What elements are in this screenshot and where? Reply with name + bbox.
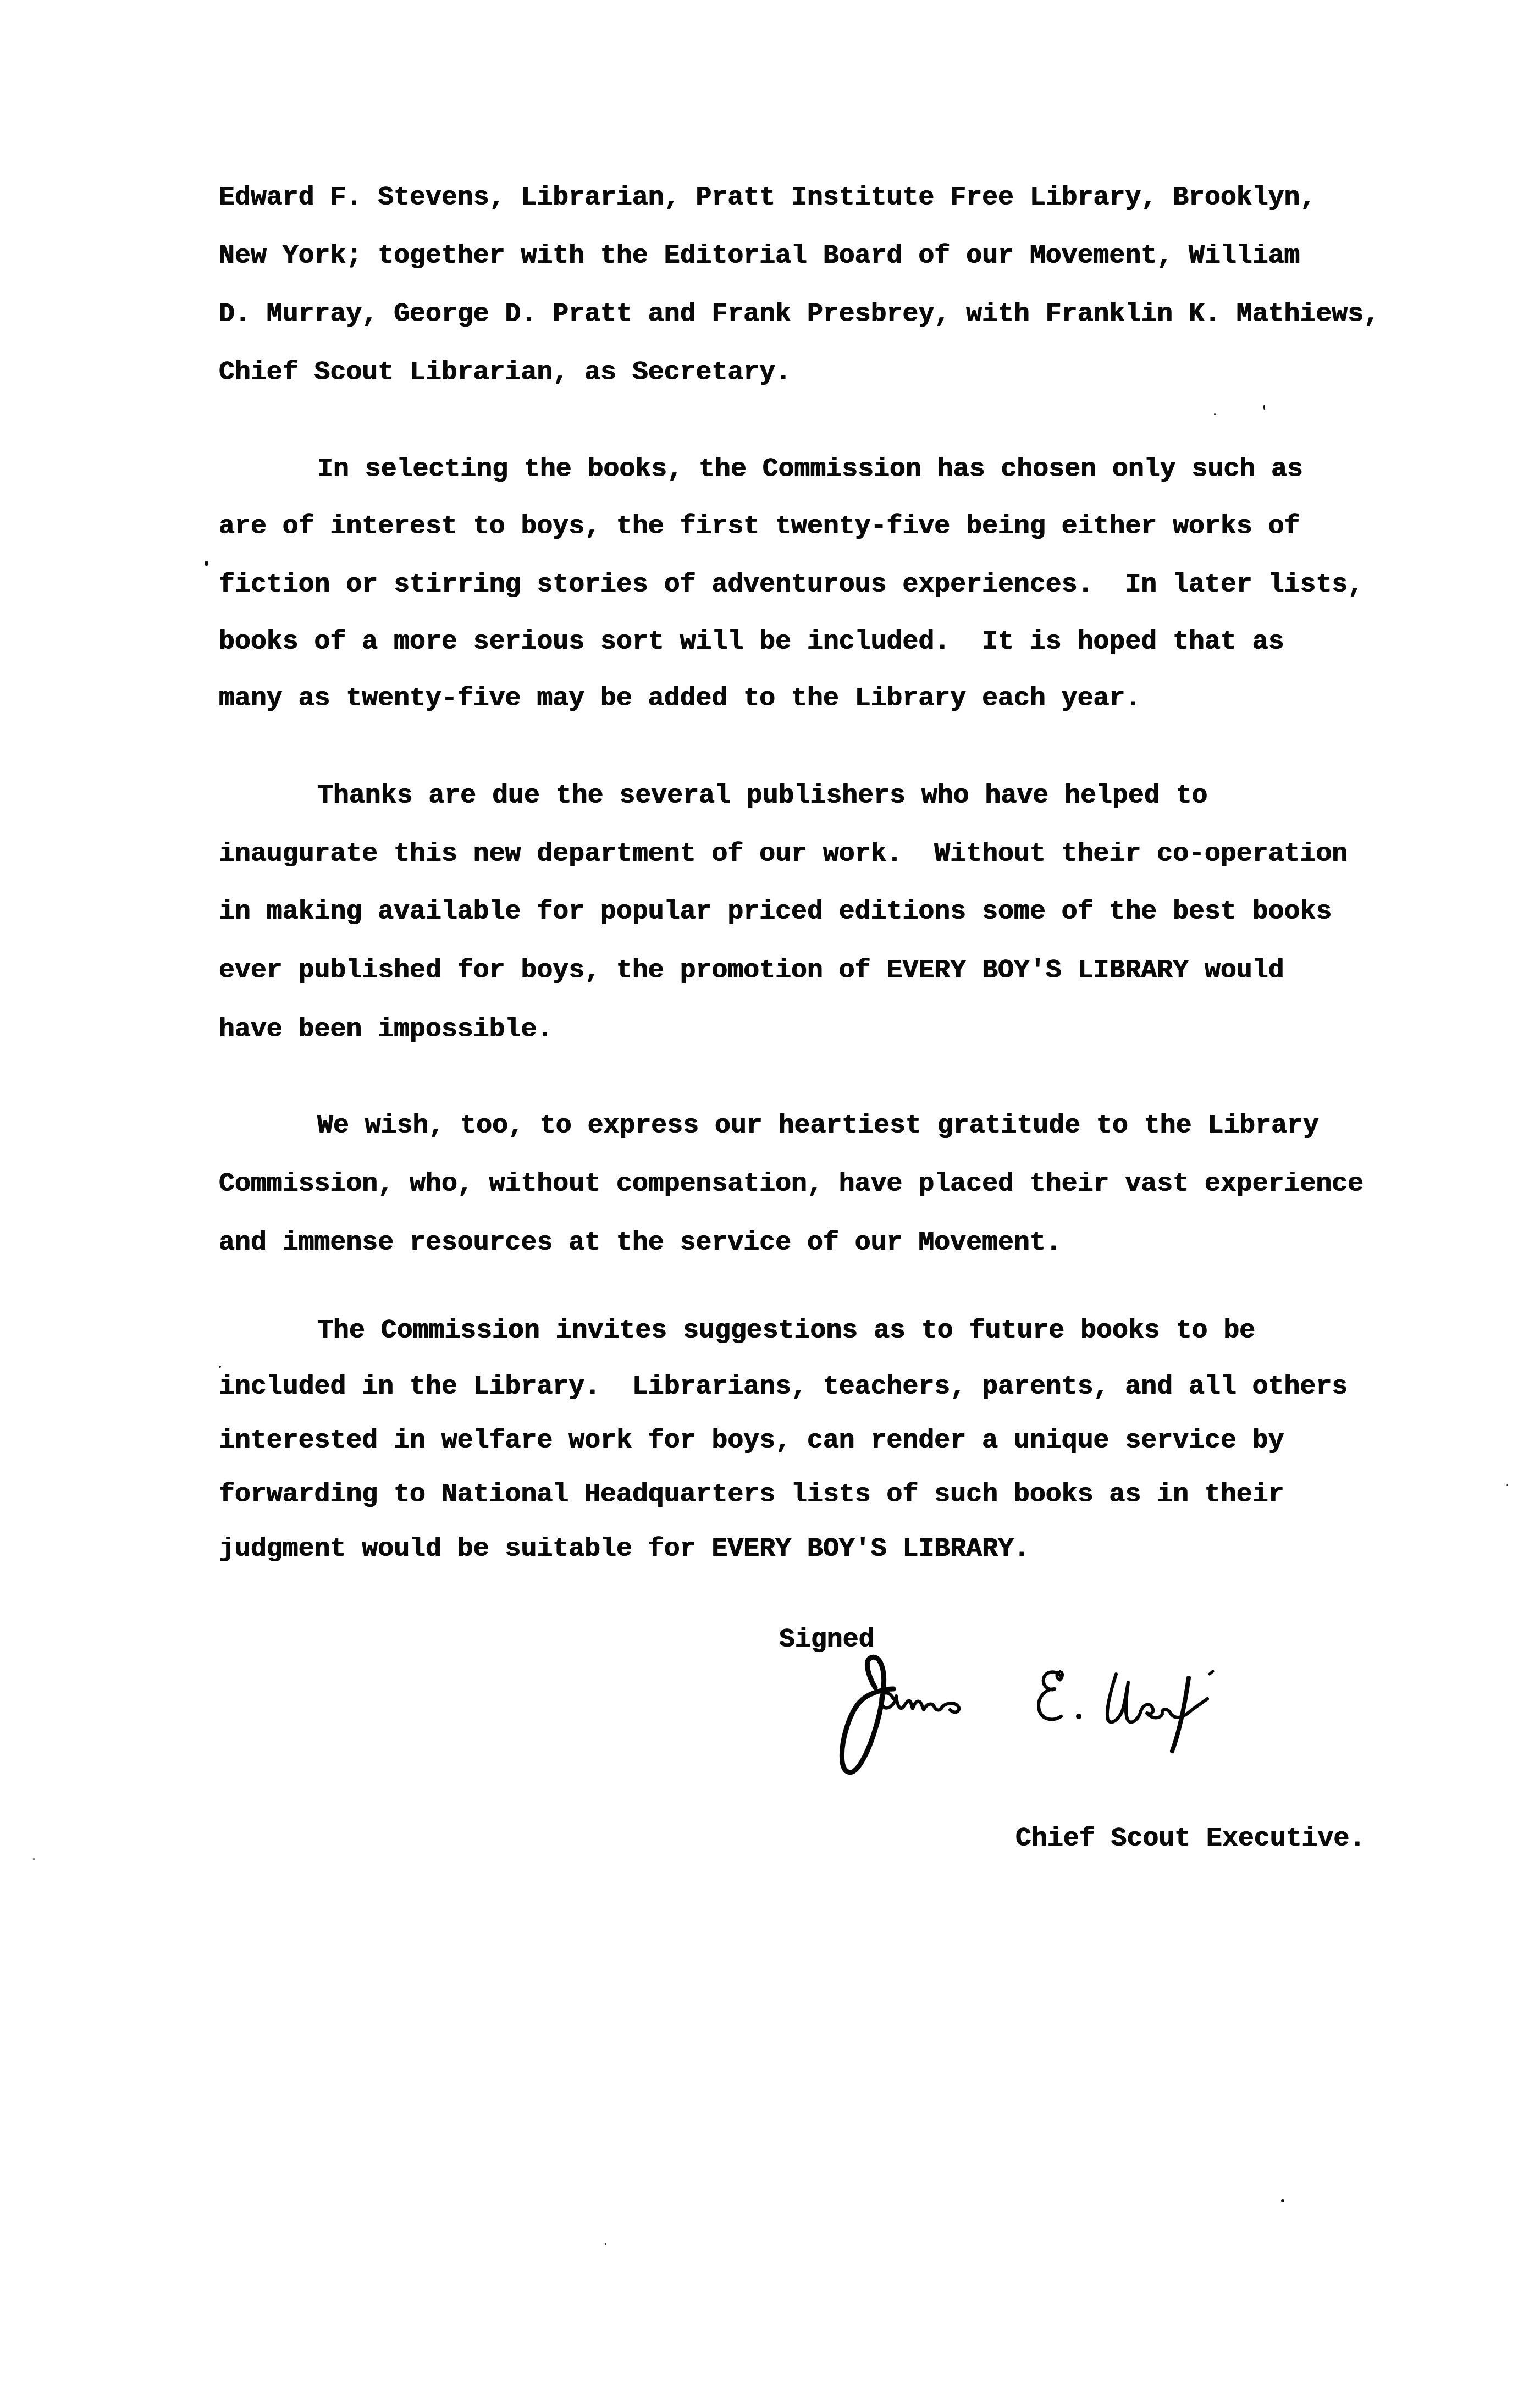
scan-speck [1214,413,1216,415]
signer-title: Chief Scout Executive. [1015,1826,1365,1852]
signed-label: Signed [779,1627,875,1653]
text-line: included in the Library. Librarians, tea… [219,1374,1348,1400]
text-line: are of interest to boys, the first twent… [219,513,1300,540]
text-line: books of a more serious sort will be inc… [219,629,1284,655]
scan-speck [219,1366,221,1368]
text-line: ever published for boys, the promotion o… [219,958,1284,984]
scan-speck [205,561,208,566]
text-line: New York; together with the Editorial Bo… [219,243,1300,269]
text-line: Chief Scout Librarian, as Secretary. [219,360,791,386]
scan-speck [605,2243,606,2245]
text-line: have been impossible. [219,1017,553,1043]
text-line: The Commission invites suggestions as to… [317,1318,1255,1344]
text-line: fiction or stirring stories of adventuro… [219,572,1364,598]
text-line: and immense resources at the service of … [219,1230,1062,1256]
text-line: Thanks are due the several publishers wh… [317,783,1207,809]
scan-speck [1263,405,1265,410]
scan-speck [33,1858,35,1860]
scan-speck [1281,2199,1284,2202]
text-line: interested in welfare work for boys, can… [219,1428,1284,1454]
text-line: Edward F. Stevens, Librarian, Pratt Inst… [219,185,1316,211]
text-line: forwarding to National Headquarters list… [219,1482,1284,1508]
scan-speck [1506,1484,1508,1486]
signature-name: James E. West [0,0,1,1]
text-line: inaugurate this new department of our wo… [219,841,1348,868]
text-line: Commission, who, without compensation, h… [219,1171,1364,1197]
text-line: We wish, too, to express our heartiest g… [317,1113,1319,1139]
handwritten-signature [825,1655,1276,1781]
text-line: judgment would be suitable for EVERY BOY… [219,1536,1030,1562]
text-line: in making available for popular priced e… [219,899,1332,925]
text-line: In selecting the books, the Commission h… [317,456,1303,483]
text-line: D. Murray, George D. Pratt and Frank Pre… [219,301,1379,328]
document-page: Edward F. Stevens, Librarian, Pratt Inst… [0,0,1540,2408]
text-line: many as twenty-five may be added to the … [219,686,1141,712]
